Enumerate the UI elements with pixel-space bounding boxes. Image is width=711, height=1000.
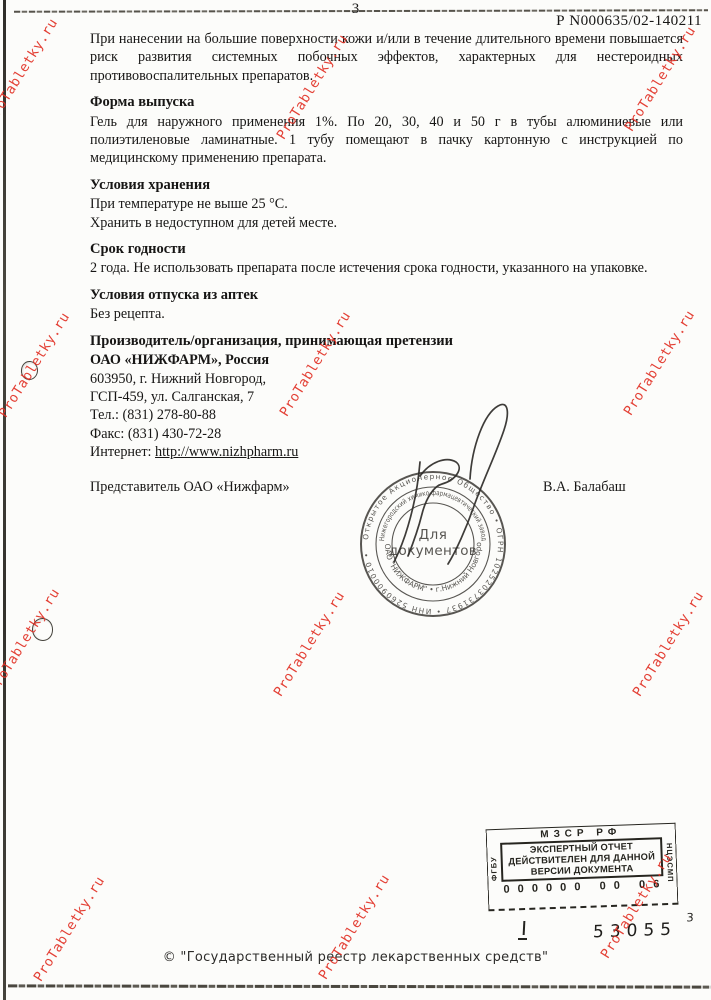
stamp-center-line1: Для [419,527,448,543]
representative-label: Представитель ОАО «Нижфарм» [90,479,290,496]
section-heading-storage: Условия хранения [90,176,683,194]
intro-paragraph: При нанесении на большие поверхности кож… [90,30,683,85]
website-link: http://www.nizhpharm.ru [155,444,298,460]
watermark: ProTabletky.ru [0,310,73,421]
shelf-life-text: 2 года. Не использовать препарата после … [90,259,683,277]
storage-line-2: Хранить в недоступном для детей месте. [90,214,683,232]
section-heading-shelf-life: Срок годности [90,240,683,258]
storage-line-1: При температуре не выше 25 °С. [90,195,683,213]
registration-number: Р N000635/02-140211 [556,12,702,30]
scan-edge-bottom [8,984,711,988]
scan-edge-left [3,0,6,1000]
section-heading-release-form: Форма выпуска [90,93,683,111]
section-text-release-form: Гель для наружного применения 1%. По 20,… [90,113,683,168]
watermark: ProTabletky.ru [271,589,349,700]
round-stamp-and-signature: Открытое Акционерное Общество • ОГРН 102… [338,386,538,621]
dispensing-text: Без рецепта. [90,305,683,323]
watermark: ProTabletky.ru [0,586,63,697]
watermark: ProTabletky.ru [31,874,109,985]
watermark: ProTabletky.ru [316,872,394,983]
pen-mark-stroke [523,921,526,935]
stamp-side-left: ФГБУ [487,842,501,895]
handwritten-superscript: 3 [686,910,694,924]
section-heading-manufacturer: Производитель/организация, принимающая п… [90,332,683,350]
watermark: ProTabletky.ru [0,16,61,127]
section-heading-dispensing: Условия отпуска из аптек [90,286,683,304]
internet-label: Интернет: [90,444,155,460]
svg-text:• ОАО "НИЖФАРМ" • г.Нижний Нов: • ОАО "НИЖФАРМ" • г.Нижний Новгород [338,386,483,594]
stamp-inner-ring-bottom-text: • ОАО "НИЖФАРМ" • г.Нижний Новгород [338,386,483,594]
representative-name: В.А. Балабаш [543,479,626,496]
pen-mark [518,921,528,941]
manufacturer-company: ОАО «НИЖФАРМ», Россия [90,351,683,369]
stamp-statement: ЭКСПЕРТНЫЙ ОТЧЕТ ДЕЙСТВИТЕЛЕН ДЛЯ ДАННОЙ… [500,837,663,882]
pen-mark-underline [518,938,527,940]
watermark: ProTabletky.ru [630,589,708,700]
scanned-document-page: 3 Р N000635/02-140211 При нанесении на б… [0,0,711,1000]
